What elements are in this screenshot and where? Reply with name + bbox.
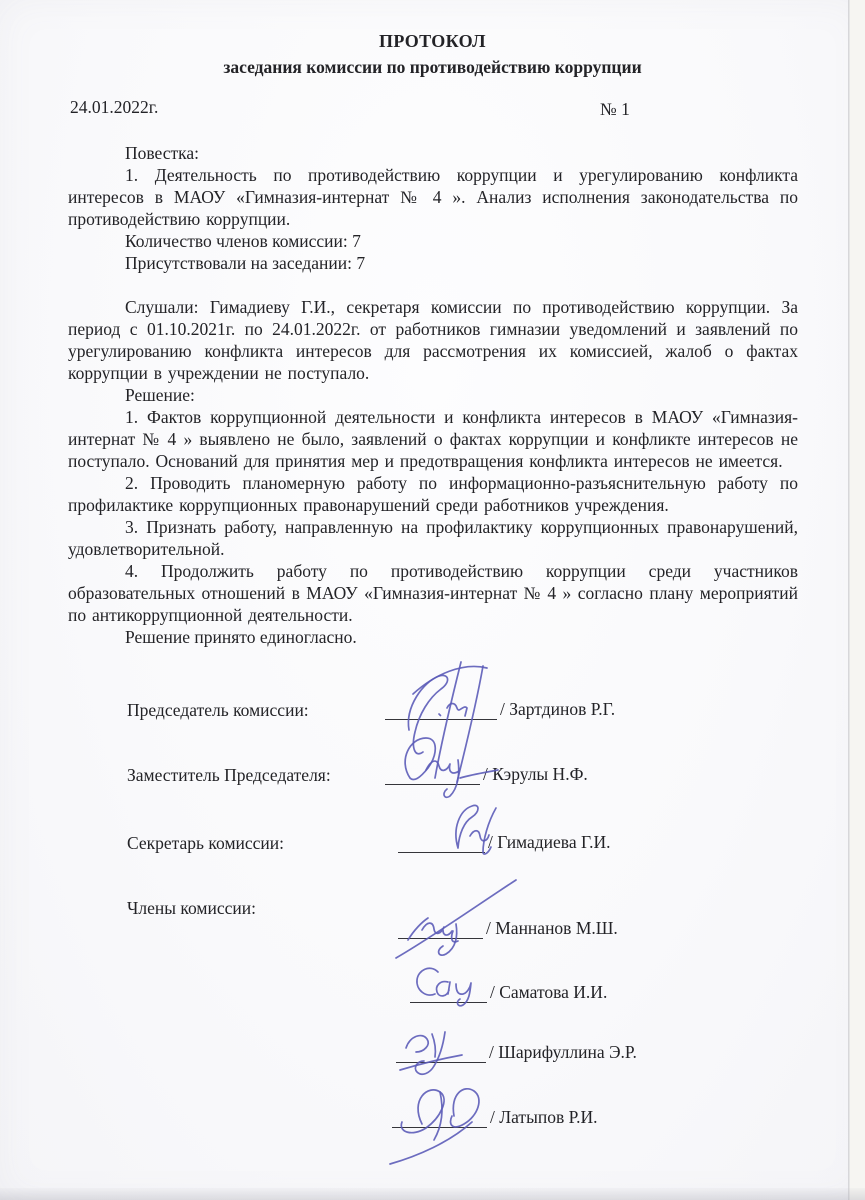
signature-name: / Латыпов Р.И. (487, 1107, 598, 1128)
signature-name: / Шарифуллина Э.Р. (486, 1042, 637, 1063)
members-count: Количество членов комиссии: 7 (68, 230, 798, 252)
signature-row-keruly: / Кэрулы Н.Ф. (385, 764, 588, 785)
role-chairman: Председатель комиссии: (127, 700, 309, 721)
document-subtitle: заседания комиссии по противодействию ко… (0, 57, 865, 78)
decision-item-4: 4. Продолжить работу по противодействию … (68, 560, 798, 626)
decision-item-1: 1. Фактов коррупционной деятельности и к… (68, 406, 798, 472)
role-deputy-chairman: Заместитель Председателя: (127, 765, 331, 786)
scanned-protocol-page: ПРОТОКОЛ заседания комиссии по противоде… (0, 0, 865, 1200)
document-number: № 1 (600, 99, 630, 120)
signature-row-zartdinov: / Зартдинов Р.Г. (385, 699, 615, 720)
signature-line (410, 985, 487, 1003)
agenda-item: 1. Деятельность по противодействию корру… (68, 164, 798, 230)
present-count: Присутствовали на заседании: 7 (68, 252, 798, 274)
document-title: ПРОТОКОЛ (0, 31, 865, 52)
signature-name: / Гимадиева Г.И. (485, 832, 611, 853)
agenda-label: Повестка: (68, 142, 798, 164)
decision-item-3: 3. Признать работу, направленную на проф… (68, 516, 798, 560)
decision-item-2: 2. Проводить планомерную работу по инфор… (68, 472, 798, 516)
signature-line (392, 1110, 487, 1128)
signature-name: / Маннанов М.Ш. (483, 918, 618, 939)
role-members: Члены комиссии: (127, 898, 256, 919)
signature-line (398, 921, 483, 939)
scan-edge-bottom (0, 1188, 865, 1200)
signature-line (396, 1045, 486, 1063)
signature-line (398, 835, 485, 853)
document-date: 24.01.2022г. (70, 97, 158, 118)
adopted-note: Решение принято единогласно. (68, 626, 798, 648)
signature-line (385, 702, 497, 720)
document-body: Повестка: 1. Деятельность по противодейс… (68, 142, 798, 648)
heard-paragraph: Слушали: Гимадиеву Г.И., секретаря комис… (68, 296, 798, 384)
signature-name: / Зартдинов Р.Г. (497, 699, 615, 720)
signature-line (385, 767, 480, 785)
signature-row-gimadieva: / Гимадиева Г.И. (398, 832, 611, 853)
signature-name: / Кэрулы Н.Ф. (480, 764, 588, 785)
role-secretary: Секретарь комиссии: (127, 833, 284, 854)
signature-row-sharifullina: / Шарифуллина Э.Р. (396, 1042, 637, 1063)
decision-label: Решение: (68, 384, 798, 406)
signature-row-samatova: / Саматова И.И. (410, 982, 607, 1003)
signature-name: / Саматова И.И. (487, 982, 607, 1003)
signature-row-latypov: / Латыпов Р.И. (392, 1107, 598, 1128)
signature-row-mannanov: / Маннанов М.Ш. (398, 918, 618, 939)
scan-edge-right (848, 0, 865, 1200)
